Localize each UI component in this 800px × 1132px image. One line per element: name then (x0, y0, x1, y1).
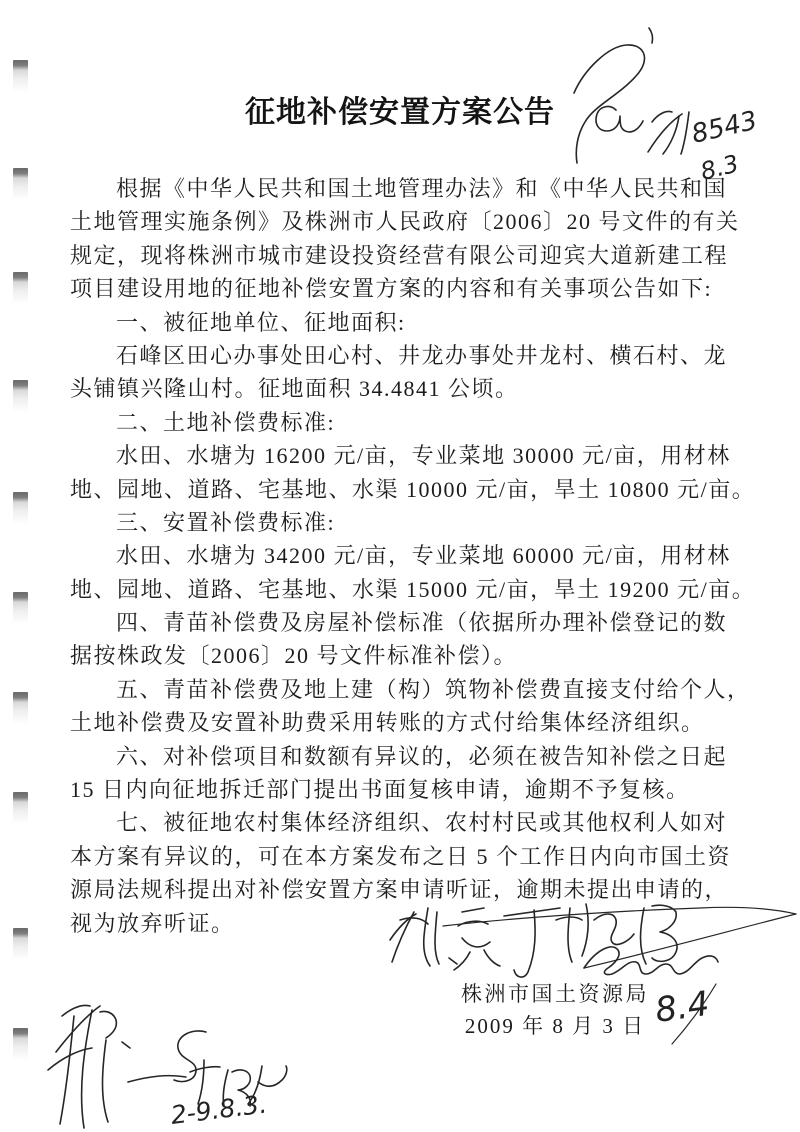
binder-mark (13, 928, 28, 962)
body-line: 水田、水塘为 34200 元/亩，专业菜地 60000 元/亩，用材林 (70, 539, 750, 572)
binder-mark (13, 272, 28, 306)
body-line: 项目建设用地的征地补偿安置方案的内容和有关事项公告如下: (70, 272, 750, 305)
binder-mark (13, 168, 28, 202)
body-line: 15 日内向征地拆迁部门提出书面复核申请，逾期不予复核。 (70, 773, 750, 806)
handwritten-date-2983: 2-9.8.3. (169, 1089, 268, 1130)
body-line: 水田、水塘为 16200 元/亩，专业菜地 30000 元/亩，用材林 (70, 439, 750, 472)
body-line: 土地补偿费及安置补助费采用转账的方式付给集体经济组织。 (70, 706, 750, 739)
body-line: 四、青苗补偿费及房屋补偿标准（依据所办理补偿登记的数 (70, 606, 750, 639)
body-line: 头铺镇兴隆山村。征地面积 34.4841 公顷。 (70, 372, 750, 405)
binder-mark (13, 792, 28, 826)
body-line: 源局法规科提出对补偿安置方案申请听证，逾期未提出申请的， (70, 873, 750, 906)
body-line: 土地管理实施条例》及株洲市人民政府〔2006〕20 号文件的有关 (70, 205, 750, 238)
body-line: 本方案有异议的，可在本方案发布之日 5 个工作日内向市国土资 (70, 840, 750, 873)
binder-mark (13, 1028, 28, 1062)
binder-mark (13, 60, 28, 94)
body-line: 根据《中华人民共和国土地管理办法》和《中华人民共和国 (70, 172, 750, 205)
body-line: 七、被征地农村集体经济组织、农村村民或其他权利人如对 (70, 806, 750, 839)
body-line: 五、青苗补偿费及地上建（构）筑物补偿费直接支付给个人， (70, 673, 750, 706)
body-line: 一、被征地单位、征地面积: (70, 306, 750, 339)
body-line: 三、安置补偿费标准: (70, 506, 750, 539)
binder-mark (13, 380, 28, 414)
body-line: 二、土地补偿费标准: (70, 406, 750, 439)
body-line: 视为放弃听证。 (70, 907, 750, 940)
signature-block: 株洲市国土资源局 2009 年 8 月 3 日 (425, 981, 685, 1043)
body-line: 规定，现将株洲市城市建设投资经营有限公司迎宾大道新建工程 (70, 239, 750, 272)
issue-date: 2009 年 8 月 3 日 (425, 1010, 685, 1043)
body-line: 六、对补偿项目和数额有异议的，必须在被告知补偿之日起 (70, 740, 750, 773)
signature-scrawl-bottom-left: 2-9.8.3. (48, 1005, 287, 1129)
body-line: 石峰区田心办事处田心村、井龙办事处井龙村、横石村、龙 (70, 339, 750, 372)
binder-mark (13, 492, 28, 526)
issuing-authority: 株洲市国土资源局 (425, 981, 685, 1007)
body-line: 地、园地、道路、宅基地、水渠 10000 元/亩，旱土 10800 元/亩。 (70, 473, 750, 506)
binder-mark (13, 592, 28, 626)
document-title: 征地补偿安置方案公告 (0, 94, 800, 132)
binder-mark (13, 692, 28, 726)
document-page: 征地补偿安置方案公告 根据《中华人民共和国土地管理办法》和《中华人民共和国土地管… (0, 0, 800, 1132)
body-line: 据按株政发〔2006〕20 号文件标准补偿）。 (70, 639, 750, 672)
body-line: 地、园地、道路、宅基地、水渠 15000 元/亩，旱土 19200 元/亩。 (70, 573, 750, 606)
document-body: 根据《中华人民共和国土地管理办法》和《中华人民共和国土地管理实施条例》及株洲市人… (70, 172, 750, 940)
